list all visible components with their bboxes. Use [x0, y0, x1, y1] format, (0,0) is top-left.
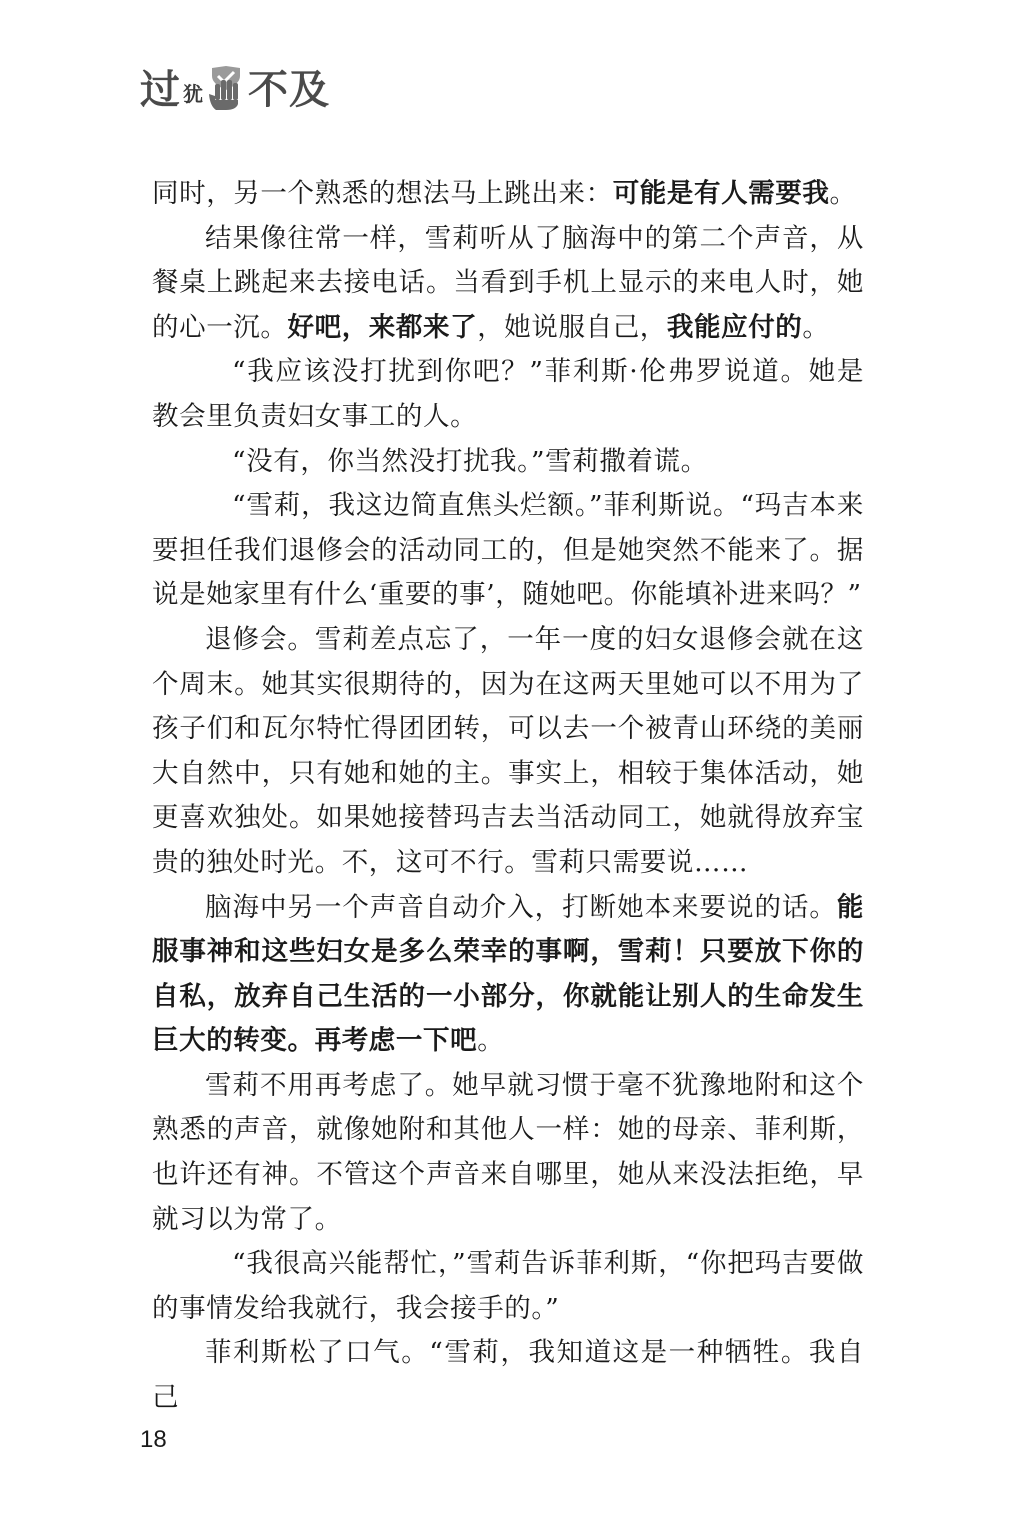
logo-text-guo: 过 [140, 68, 181, 112]
page-number: 18 [140, 1426, 167, 1454]
paragraph-text: 。 [830, 178, 857, 209]
paragraph: 菲利斯松了口气。“雪莉，我知道这是一种牺牲。我自己 [152, 1331, 864, 1420]
paragraph-text: ，她说服自己， [477, 312, 667, 343]
paragraph-text: 。 [477, 1025, 504, 1056]
chapter-body-text: 同时，另一个熟悉的想法马上跳出来：可能是有人需要我。结果像往常一样，雪莉听从了脑… [152, 172, 864, 1421]
emphasized-thought-text: 好吧，来都来了 [288, 312, 478, 343]
logo-text-bu-ji: 不及 [248, 68, 330, 112]
paragraph-text: 同时，另一个熟悉的想法马上跳出来： [152, 178, 613, 209]
paragraph-text: 脑海中另一个声音自动介入，打断她本来要说的话。 [205, 892, 837, 923]
paragraph: 退修会。雪莉差点忘了，一年一度的妇女退修会就在这个周末。她其实很期待的，因为在这… [152, 618, 864, 886]
hand-icon [209, 80, 238, 110]
paragraph: “我很高兴能帮忙，”雪莉告诉菲利斯，“你把玛吉要做的事情发给我就行，我会接手的。… [152, 1242, 864, 1331]
paragraph-text: 退修会。雪莉差点忘了，一年一度的妇女退修会就在这个周末。她其实很期待的，因为在这… [152, 624, 864, 878]
paragraph-text: “没有，你当然没打扰我。”雪莉撒着谎。 [232, 446, 708, 477]
hand-shield-icon [206, 66, 246, 112]
running-header-logo: 过 犹 不及 [140, 62, 330, 112]
paragraph-text: “我应该没打扰到你吧？”菲利斯·伦弗罗说道。她是教会里负责妇女事工的人。 [152, 356, 864, 432]
paragraph: 雪莉不用再考虑了。她早就习惯于毫不犹豫地附和这个熟悉的声音，就像她附和其他人一样… [152, 1064, 864, 1242]
emphasized-thought-text: 可能是有人需要我 [613, 178, 830, 209]
paragraph-text: “雪莉，我这边简直焦头烂额。”菲利斯说。“玛吉本来要担任我们退修会的活动同工的，… [152, 490, 864, 610]
paragraph-text: 。 [802, 312, 829, 343]
paragraph: 同时，另一个熟悉的想法马上跳出来：可能是有人需要我。 [152, 172, 864, 217]
paragraph: “我应该没打扰到你吧？”菲利斯·伦弗罗说道。她是教会里负责妇女事工的人。 [152, 350, 864, 439]
paragraph-text: 菲利斯松了口气。“雪莉，我知道这是一种牺牲。我自己 [152, 1337, 864, 1413]
paragraph: “没有，你当然没打扰我。”雪莉撒着谎。 [152, 440, 864, 485]
paragraph-text: “我很高兴能帮忙，”雪莉告诉菲利斯，“你把玛吉要做的事情发给我就行，我会接手的。… [152, 1248, 864, 1324]
paragraph-text: 雪莉不用再考虑了。她早就习惯于毫不犹豫地附和这个熟悉的声音，就像她附和其他人一样… [152, 1070, 864, 1235]
paragraph: “雪莉，我这边简直焦头烂额。”菲利斯说。“玛吉本来要担任我们退修会的活动同工的，… [152, 484, 864, 618]
emphasized-thought-text: 我能应付的 [667, 312, 803, 343]
logo-text-you: 犹 [183, 80, 203, 108]
paragraph: 结果像往常一样，雪莉听从了脑海中的第二个声音，从餐桌上跳起来去接电话。当看到手机… [152, 217, 864, 351]
paragraph: 脑海中另一个声音自动介入，打断她本来要说的话。能服事神和这些妇女是多么荣幸的事啊… [152, 886, 864, 1064]
